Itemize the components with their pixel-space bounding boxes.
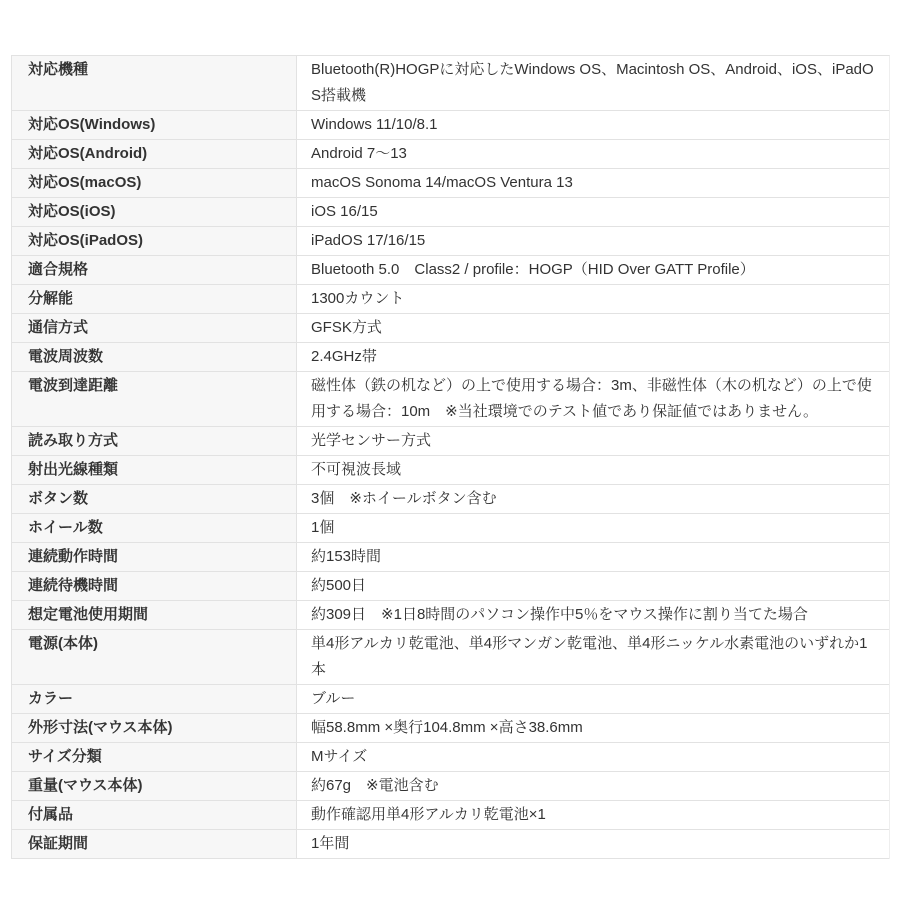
spec-row-value: GFSK方式 [297, 314, 889, 342]
spec-table-row: 電波到達距離 磁性体（鉄の机など）の上で使用する場合：3m、非磁性体（木の机など… [12, 372, 889, 427]
spec-row-value: Android 7～13 [297, 140, 889, 168]
spec-row-label: 対応OS(iPadOS) [12, 227, 297, 255]
spec-table-row: ホイール数 1個 [12, 514, 889, 543]
spec-table-row: 対応OS(Windows) Windows 11/10/8.1 [12, 111, 889, 140]
spec-row-label: 想定電池使用期間 [12, 601, 297, 629]
spec-row-value: Mサイズ [297, 743, 889, 771]
spec-row-label: 対応OS(macOS) [12, 169, 297, 197]
spec-row-label: 重量(マウス本体) [12, 772, 297, 800]
spec-row-value: 2.4GHz帯 [297, 343, 889, 371]
spec-row-value: iOS 16/15 [297, 198, 889, 226]
spec-row-label: 対応OS(iOS) [12, 198, 297, 226]
spec-table-row: 電源(本体) 単4形アルカリ乾電池、単4形マンガン乾電池、単4形ニッケル水素電池… [12, 630, 889, 685]
spec-row-value: 単4形アルカリ乾電池、単4形マンガン乾電池、単4形ニッケル水素電池のいずれか1本 [297, 630, 889, 684]
spec-row-value: 不可視波長域 [297, 456, 889, 484]
spec-row-label: 対応OS(Windows) [12, 111, 297, 139]
spec-row-value: Bluetooth(R)HOGPに対応したWindows OS、Macintos… [297, 56, 889, 110]
spec-table-row: 分解能 1300カウント [12, 285, 889, 314]
spec-row-value: 幅58.8mm ×奥行104.8mm ×高さ38.6mm [297, 714, 889, 742]
spec-row-label: 連続待機時間 [12, 572, 297, 600]
spec-row-label: ボタン数 [12, 485, 297, 513]
spec-row-value: 約309日 ※1日8時間のパソコン操作中5％をマウス操作に割り当てた場合 [297, 601, 889, 629]
spec-row-value: 1個 [297, 514, 889, 542]
spec-row-label: 分解能 [12, 285, 297, 313]
spec-row-label: 射出光線種類 [12, 456, 297, 484]
spec-row-label: ホイール数 [12, 514, 297, 542]
spec-table-row: 想定電池使用期間 約309日 ※1日8時間のパソコン操作中5％をマウス操作に割り… [12, 601, 889, 630]
spec-table-row: サイズ分類 Mサイズ [12, 743, 889, 772]
spec-row-value: macOS Sonoma 14/macOS Ventura 13 [297, 169, 889, 197]
spec-table-row: 連続待機時間 約500日 [12, 572, 889, 601]
spec-row-value: Bluetooth 5.0 Class2 / profile：HOGP（HID … [297, 256, 889, 284]
spec-table-row: 外形寸法(マウス本体) 幅58.8mm ×奥行104.8mm ×高さ38.6mm [12, 714, 889, 743]
spec-row-label: 電波周波数 [12, 343, 297, 371]
spec-table-row: 対応OS(Android) Android 7～13 [12, 140, 889, 169]
spec-row-value: 約67g ※電池含む [297, 772, 889, 800]
spec-row-value: 1年間 [297, 830, 889, 858]
spec-table-row: 対応機種 Bluetooth(R)HOGPに対応したWindows OS、Mac… [12, 56, 889, 111]
spec-row-label: 外形寸法(マウス本体) [12, 714, 297, 742]
spec-table-row: 電波周波数 2.4GHz帯 [12, 343, 889, 372]
spec-row-label: 保証期間 [12, 830, 297, 858]
spec-table-row: 対応OS(macOS) macOS Sonoma 14/macOS Ventur… [12, 169, 889, 198]
spec-table-row: 通信方式 GFSK方式 [12, 314, 889, 343]
spec-row-label: 電波到達距離 [12, 372, 297, 426]
spec-table-row: 付属品 動作確認用単4形アルカリ乾電池×1 [12, 801, 889, 830]
spec-row-label: 連続動作時間 [12, 543, 297, 571]
spec-table-row: カラー ブルー [12, 685, 889, 714]
spec-row-label: 読み取り方式 [12, 427, 297, 455]
spec-row-value: 約153時間 [297, 543, 889, 571]
spec-row-value: 光学センサー方式 [297, 427, 889, 455]
spec-row-value: 動作確認用単4形アルカリ乾電池×1 [297, 801, 889, 829]
spec-row-label: サイズ分類 [12, 743, 297, 771]
spec-row-label: 適合規格 [12, 256, 297, 284]
spec-table-row: 射出光線種類 不可視波長域 [12, 456, 889, 485]
spec-table-row: 重量(マウス本体) 約67g ※電池含む [12, 772, 889, 801]
spec-table-row: 対応OS(iPadOS) iPadOS 17/16/15 [12, 227, 889, 256]
spec-row-value: Windows 11/10/8.1 [297, 111, 889, 139]
spec-table-row: 読み取り方式 光学センサー方式 [12, 427, 889, 456]
spec-row-value: 磁性体（鉄の机など）の上で使用する場合：3m、非磁性体（木の机など）の上で使用す… [297, 372, 889, 426]
spec-table-row: 適合規格 Bluetooth 5.0 Class2 / profile：HOGP… [12, 256, 889, 285]
spec-table-row: ボタン数 3個 ※ホイールボタン含む [12, 485, 889, 514]
spec-row-value: 3個 ※ホイールボタン含む [297, 485, 889, 513]
spec-table-row: 対応OS(iOS) iOS 16/15 [12, 198, 889, 227]
spec-table-row: 連続動作時間 約153時間 [12, 543, 889, 572]
spec-row-label: 付属品 [12, 801, 297, 829]
spec-row-value: 約500日 [297, 572, 889, 600]
spec-row-label: 対応機種 [12, 56, 297, 110]
spec-row-value: iPadOS 17/16/15 [297, 227, 889, 255]
product-spec-table: 対応機種 Bluetooth(R)HOGPに対応したWindows OS、Mac… [11, 55, 890, 859]
spec-row-value: 1300カウント [297, 285, 889, 313]
spec-table-row: 保証期間 1年間 [12, 830, 889, 859]
spec-row-label: 対応OS(Android) [12, 140, 297, 168]
spec-row-label: 通信方式 [12, 314, 297, 342]
spec-row-label: 電源(本体) [12, 630, 297, 684]
spec-row-label: カラー [12, 685, 297, 713]
spec-row-value: ブルー [297, 685, 889, 713]
